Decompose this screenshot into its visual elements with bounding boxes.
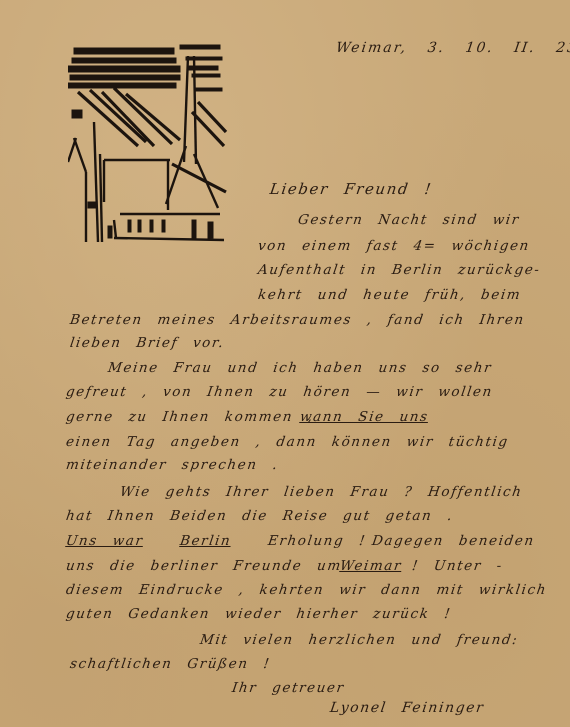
woodcut-church-illustration xyxy=(68,42,228,244)
letter-line: kehrt und heute früh, beim xyxy=(257,287,522,303)
letter-page: Weimar, 3. 10. II. 23 Lieber Freund ! Ge… xyxy=(0,0,570,727)
letter-line: lieben Brief vor. xyxy=(69,335,226,351)
letter-line: guten Gedanken wieder hierher zurück ! xyxy=(65,606,453,622)
letter-line: diesem Eindrucke , kehrten wir dann mit … xyxy=(65,582,548,598)
letter-date: Weimar, 3. 10. II. 23 xyxy=(335,40,570,56)
letter-line: einen Tag angeben , dann können wir tüch… xyxy=(65,434,510,450)
letter-line: von einem fast 4= wöchigen xyxy=(257,238,531,254)
letter-line: Mit vielen herzlichen und freund: xyxy=(199,632,520,648)
letter-line: Betreten meines Arbeitsraumes , fand ich… xyxy=(69,312,526,328)
letter-line: Gestern Nacht sind wir xyxy=(297,212,521,228)
letter-line: schaftlichen Grüßen ! xyxy=(69,656,272,672)
letter-line: Wie gehts Ihrer lieben Frau ? Hoffentlic… xyxy=(119,484,524,500)
letter-line: gerne zu Ihnen kommen , xyxy=(65,409,315,425)
letter-line: gefreut , von Ihnen zu hören — wir wolle… xyxy=(65,384,494,400)
letter-line: Meine Frau und ich haben uns so sehr xyxy=(107,360,493,376)
letter-signature: Lyonel Feininger xyxy=(329,700,486,716)
letter-line: uns die berliner Freunde um xyxy=(65,558,343,574)
letter-line: hat Ihnen Beiden die Reise gut getan . xyxy=(65,508,454,524)
letter-line: Erholung ! xyxy=(267,533,367,549)
letter-underlined-phrase: Weimar xyxy=(339,558,403,574)
letter-underlined-phrase: Uns war xyxy=(65,533,145,549)
letter-line: miteinander sprechen . xyxy=(65,457,280,473)
letter-line: Aufenthalt in Berlin zurückge- xyxy=(257,262,542,278)
letter-closing: Ihr getreuer xyxy=(231,680,346,696)
letter-line: Dagegen beneiden xyxy=(371,533,536,549)
letter-salutation: Lieber Freund ! xyxy=(269,180,434,198)
letter-underlined-phrase: Berlin xyxy=(179,533,233,549)
letter-underlined-phrase: wann Sie uns xyxy=(299,409,430,425)
letter-line: ! Unter - xyxy=(411,558,504,574)
